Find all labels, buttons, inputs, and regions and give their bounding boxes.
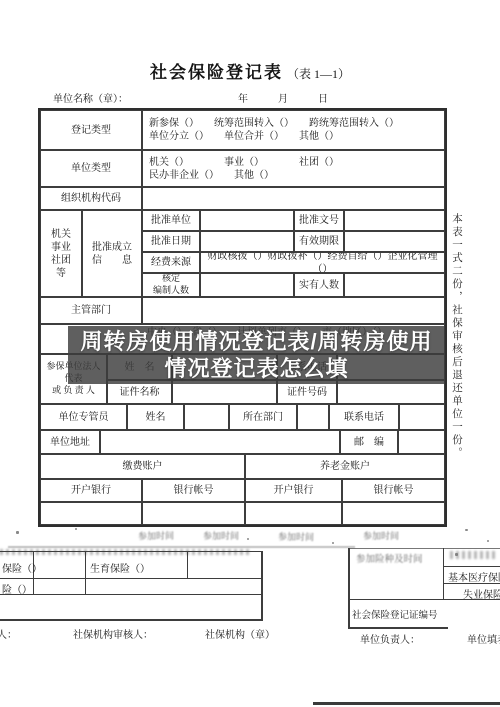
pay-bank-label: 开户银行 xyxy=(40,479,142,502)
actual-staff-value xyxy=(344,273,445,297)
supervisor-value xyxy=(142,297,445,324)
scan-artifact xyxy=(75,528,77,530)
reg-type-label: 登记类型 xyxy=(40,110,142,150)
smear-fragment: 参加时间 xyxy=(203,529,239,542)
zip-value xyxy=(398,430,445,454)
scan-artifact xyxy=(0,549,250,555)
br-reg-no-label: 社会保险登记证编号 xyxy=(352,607,438,621)
address-label: 单位地址 xyxy=(40,430,100,454)
approve-unit-value xyxy=(200,210,294,231)
table-line xyxy=(443,566,500,567)
supervisor-label: 主管部门 xyxy=(40,297,142,324)
bl-footer-cut-label: 办人： xyxy=(0,626,17,641)
scan-artifact xyxy=(487,540,489,542)
br-header-insurance-types: 参加险种及时间 xyxy=(356,551,423,565)
table-line xyxy=(0,619,263,621)
table-line xyxy=(0,551,263,552)
admin-name-label: 姓名 xyxy=(127,404,184,430)
bl-insurance-fragment2: 险（） xyxy=(2,581,32,596)
fund-source-options: 财政核拨（）财政拨补（）经费自给（）企业化管理（） xyxy=(200,252,445,273)
zip-label: 邮 编 xyxy=(340,430,398,454)
smear-fragment: 参加时间 xyxy=(138,529,174,543)
table-line xyxy=(0,578,262,579)
br-unemployment-insurance: 失业保险 xyxy=(463,586,500,601)
scan-artifact xyxy=(247,538,249,540)
org-code-value xyxy=(142,187,445,210)
staff-quota-label: 核定 编制人数 xyxy=(142,273,200,297)
valid-period-value xyxy=(344,231,445,252)
scan-artifact xyxy=(450,551,496,559)
main-form-table: 登记类型 新参保（） 统筹范围转入（） 跨统筹范围转入（） 单位分立（） 单位合… xyxy=(38,108,447,527)
pay-account-no-label: 银行帐号 xyxy=(142,479,245,502)
br-footer-filler-label: 单位填表人： xyxy=(467,631,500,646)
fund-source-label: 经费来源 xyxy=(142,252,200,273)
caption-line1: 周转房使用情况登记表/周转房使用 xyxy=(80,328,432,355)
pay-account-no-value xyxy=(142,502,245,525)
admin-dept-label: 所在部门 xyxy=(229,404,297,430)
table-line xyxy=(0,594,262,595)
bl-maternity-insurance: 生育保险（） xyxy=(90,560,150,575)
table-line xyxy=(348,548,350,628)
scan-artifact xyxy=(465,529,468,531)
actual-staff-label: 实有人数 xyxy=(294,273,344,297)
bl-footer-seal-label: 社保机构（章） xyxy=(205,626,275,641)
staff-quota-value xyxy=(200,273,294,297)
pension-account-no-label: 银行帐号 xyxy=(342,479,445,502)
unit-type-label: 单位类型 xyxy=(40,150,142,187)
approve-unit-label: 批准单位 xyxy=(142,210,200,231)
admin-dept-value xyxy=(297,404,329,430)
scan-artifact xyxy=(8,546,355,548)
admin-name-value xyxy=(184,404,229,430)
unit-type-options: 机关（） 事业（） 社团（） 民办非企业（） 其他（） xyxy=(142,150,445,187)
approve-docno-label: 批准文号 xyxy=(294,210,344,231)
admin-phone-label: 联系电话 xyxy=(329,404,399,430)
table-line xyxy=(187,551,188,578)
scan-artifact xyxy=(332,542,334,544)
approve-docno-value xyxy=(344,210,445,231)
bl-footer-reviewer-label: 社保机构审核人： xyxy=(73,626,153,641)
approve-date-value xyxy=(200,231,294,252)
table-line xyxy=(348,627,448,629)
address-value xyxy=(100,430,340,454)
unit-name-label: 单位名称（章）： xyxy=(53,90,128,105)
pension-bank-label: 开户银行 xyxy=(245,479,342,502)
approval-side-label: 机关 事业 社团 等 xyxy=(40,210,82,297)
title-wrap: 社会保险登记表 （表 1—1） xyxy=(0,58,500,83)
approve-date-label: 批准日期 xyxy=(142,231,200,252)
form-title-suffix: （表 1—1） xyxy=(287,67,350,81)
smear-fragment: 参加时间 xyxy=(278,530,314,544)
br-footer-unit-head-label: 单位负责人： xyxy=(360,631,420,646)
pension-account-header: 养老金账户 xyxy=(245,454,445,479)
caption-line2: 情况登记表怎么填 xyxy=(164,355,348,382)
scan-artifact xyxy=(16,531,19,534)
date-label: 年 月 日 xyxy=(238,90,328,105)
admin-phone-value xyxy=(399,404,445,430)
pension-account-no-value xyxy=(342,502,445,525)
table-line xyxy=(261,551,263,620)
bl-insurance-fragment: 保险（） xyxy=(2,560,42,575)
smear-fragment: 参加时间 xyxy=(363,529,399,542)
pension-bank-value xyxy=(245,502,342,525)
pay-bank-value xyxy=(40,502,142,525)
approval-info-label: 批准成立 信 息 xyxy=(82,210,142,297)
br-basic-medical-insurance: 基本医疗保险 xyxy=(448,569,500,584)
table-line xyxy=(348,548,500,549)
caption-overlay: 周转房使用情况登记表/周转房使用 情况登记表怎么填 xyxy=(68,326,445,384)
form-title: 社会保险登记表 xyxy=(150,63,283,82)
table-line xyxy=(85,551,86,594)
side-note-vertical: 本表一式二份，社保审核后退还单位一份。 xyxy=(449,213,464,477)
admin-label: 单位专管员 xyxy=(40,404,127,430)
pay-account-header: 缴费账户 xyxy=(40,454,245,479)
valid-period-label: 有效期限 xyxy=(294,231,344,252)
reg-type-options: 新参保（） 统筹范围转入（） 跨统筹范围转入（） 单位分立（） 单位合并（） 其… xyxy=(142,110,445,150)
org-code-label: 组织机构代码 xyxy=(40,187,142,210)
scanned-form-page: 社会保险登记表 （表 1—1） 单位名称（章）： 年 月 日 本表一式二份，社保… xyxy=(0,0,500,707)
bottom-rule xyxy=(313,702,500,705)
table-line xyxy=(443,548,444,599)
